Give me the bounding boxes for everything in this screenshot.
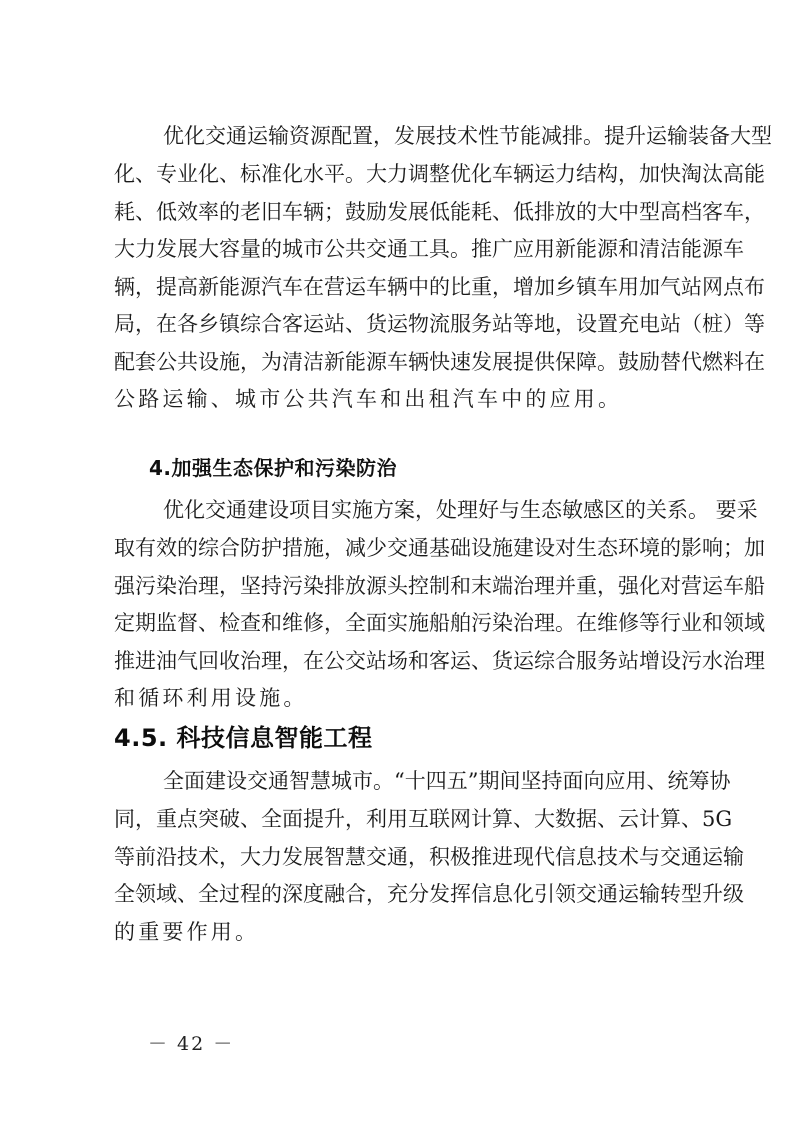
document-page: 优化交通运输资源配置，发展技术性节能减排。提升运输装备大型 化、专业化、标准化水… bbox=[0, 0, 793, 1122]
text-line: 优化交通建设项目实施方案，处理好与生态敏感区的关系。 要采 bbox=[163, 495, 683, 525]
text-line: 强污染治理，坚持污染排放源头控制和末端治理并重，强化对营运车船 bbox=[114, 571, 683, 601]
text-line: 的重要作用。 bbox=[114, 917, 683, 947]
text-line: 公路运输、城市公共汽车和出租汽车中的应用。 bbox=[114, 384, 683, 414]
text-line: 局，在各乡镇综合客运站、货运物流服务站等地，设置充电站（桩）等 bbox=[114, 309, 683, 339]
text-line: 配套公共设施，为清洁新能源车辆快速发展提供保障。鼓励替代燃料在 bbox=[114, 347, 683, 377]
text-line: 等前沿技术，大力发展智慧交通，积极推进现代信息技术与交通运输 bbox=[114, 842, 683, 872]
text-line: 优化交通运输资源配置，发展技术性节能减排。提升运输装备大型 bbox=[163, 121, 683, 151]
text-line: 耗、低效率的老旧车辆；鼓励发展低能耗、低排放的大中型高档客车， bbox=[114, 197, 683, 227]
text-line: 化、专业化、标准化水平。大力调整优化车辆运力结构，加快淘汰高能 bbox=[114, 159, 683, 189]
text-line: 同，重点突破、全面提升，利用互联网计算、大数据、云计算、5G bbox=[114, 804, 683, 834]
text-line: 全领域、全过程的深度融合，充分发挥信息化引领交通运输转型升级 bbox=[114, 879, 683, 909]
text-line: 和循环利用设施。 bbox=[114, 683, 683, 713]
subheading-ecological-protection: 4.加强生态保护和污染防治 bbox=[149, 453, 397, 483]
section-heading-tech-info: 4.5. 科技信息智能工程 bbox=[114, 722, 373, 754]
text-line: 取有效的综合防护措施，减少交通基础设施建设对生态环境的影响；加 bbox=[114, 533, 683, 563]
page-number: － 42 － bbox=[148, 1032, 234, 1056]
text-line: 推进油气回收治理，在公交站场和客运、货运综合服务站增设污水治理 bbox=[114, 646, 683, 676]
text-line: 全面建设交通智慧城市。“十四五”期间坚持面向应用、统筹协 bbox=[163, 766, 683, 796]
text-line: 定期监督、检查和维修，全面实施船舶污染治理。在维修等行业和领域 bbox=[114, 608, 683, 638]
text-line: 辆，提高新能源汽车在营运车辆中的比重，增加乡镇车用加气站网点布 bbox=[114, 272, 683, 302]
text-line: 大力发展大容量的城市公共交通工具。推广应用新能源和清洁能源车 bbox=[114, 234, 683, 264]
